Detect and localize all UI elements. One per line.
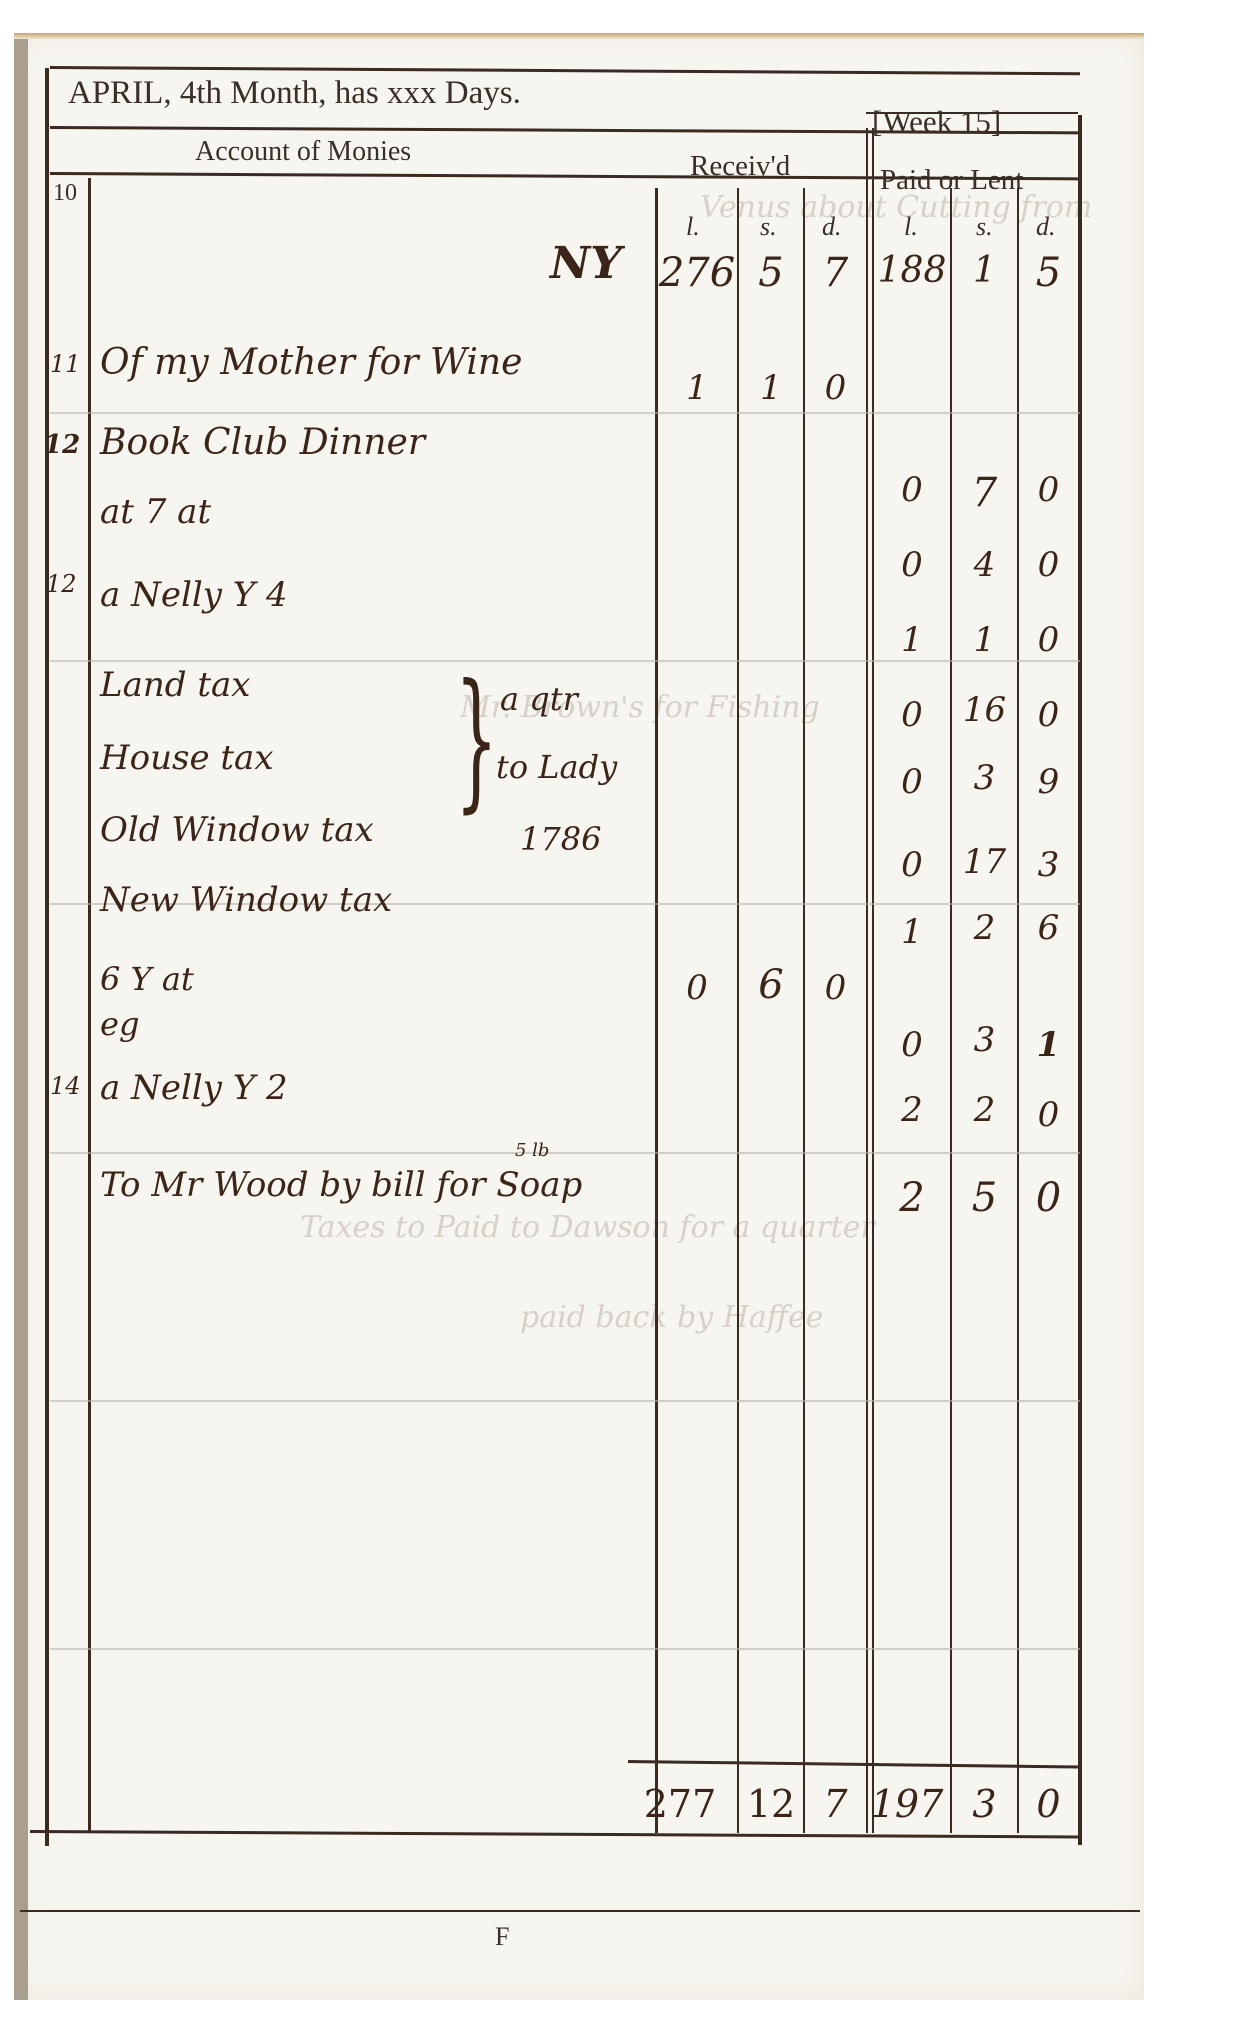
entry-date: 14 — [50, 1072, 81, 1100]
paid-double-divider-b — [872, 128, 874, 1833]
received-s-divider — [737, 188, 739, 1833]
book-spine — [14, 33, 28, 2000]
entry-paid-pounds: 2 — [874, 1090, 950, 1130]
entry-paid-pence: 0 — [1019, 695, 1078, 735]
carried-paid-pounds: 188 — [874, 250, 950, 291]
entry-paid-pounds: 0 — [874, 762, 950, 802]
unit-paid-pounds: l. — [904, 212, 918, 242]
paid-double-divider-a — [866, 128, 868, 1833]
entry-text: 6 Y at — [100, 960, 194, 998]
account-of-monies-heading: Account of Monies — [195, 136, 411, 168]
entry-paid-shillings: 3 — [952, 1020, 1017, 1060]
entry-received-pence: 0 — [805, 368, 866, 408]
carried-paid-shillings: 1 — [952, 250, 1017, 291]
entry-received-shillings: 1 — [739, 368, 803, 408]
guide-rule — [50, 1648, 1080, 1650]
start-date: 10 — [53, 180, 77, 207]
paid-or-lent-heading: Paid or Lent — [880, 164, 1023, 197]
bracket-note-line: a qtr — [500, 680, 578, 718]
total-received-shillings: 12 — [739, 1782, 803, 1826]
entry-paid-pence: 3 — [1019, 845, 1078, 885]
entry-paid-pounds: 0 — [874, 1025, 950, 1065]
week-label: [Week 15] — [872, 104, 1001, 140]
entry-text: eg — [100, 1005, 139, 1043]
received-l-divider — [655, 188, 658, 1833]
entry-text: a Nelly Y 4 — [100, 575, 288, 615]
guide-rule — [50, 1152, 1080, 1154]
entry-date: 12 — [44, 430, 80, 460]
entry-paid-shillings: 3 — [952, 758, 1017, 798]
entry-paid-pence: 0 — [1019, 545, 1078, 585]
carried-forward-label: NY — [550, 238, 622, 289]
entry-received-pounds: 1 — [657, 368, 737, 408]
entry-text: To Mr Wood by bill for Soap — [100, 1165, 582, 1205]
entry-paid-pence: 0 — [1019, 470, 1078, 510]
guide-rule — [50, 412, 1080, 414]
entry-paid-shillings: 16 — [952, 690, 1017, 730]
unit-paid-shillings: s. — [976, 212, 993, 242]
entry-text: Book Club Dinner — [100, 422, 425, 463]
paid-d-divider — [1017, 188, 1019, 1833]
entry-text: Old Window tax — [100, 810, 374, 850]
bracket-note-line: to Lady — [496, 748, 617, 786]
guide-rule — [50, 1400, 1080, 1402]
entry-text: Of my Mother for Wine — [100, 342, 522, 383]
entry-paid-pounds: 0 — [874, 470, 950, 510]
entry-date: 11 — [50, 350, 81, 378]
entry-paid-pence: 0 — [1019, 620, 1078, 660]
page-top-edge — [14, 33, 1144, 39]
carried-paid-pence: 5 — [1019, 250, 1078, 296]
entry-text: at 7 at — [100, 492, 211, 532]
entry-paid-pence: 0 — [1019, 1095, 1078, 1135]
entry-text: New Window tax — [100, 880, 392, 920]
received-d-divider — [803, 188, 805, 1833]
superscript-note: 5 lb — [515, 1140, 549, 1161]
entry-paid-pence: 6 — [1019, 908, 1078, 948]
entry-paid-shillings: 7 — [952, 470, 1017, 516]
entry-paid-shillings: 2 — [952, 908, 1017, 948]
total-paid-pence: 0 — [1019, 1782, 1078, 1826]
signature-mark: F — [495, 1922, 509, 1952]
entry-received-shillings: 6 — [739, 962, 803, 1008]
total-received-pounds: 277 — [620, 1782, 740, 1826]
bleed-through-text: paid back by Haffee — [520, 1300, 824, 1335]
entry-paid-shillings: 17 — [952, 842, 1017, 882]
carried-received-pounds: 276 — [657, 250, 737, 296]
entry-paid-pounds: 1 — [874, 912, 950, 952]
entry-paid-pounds: 0 — [874, 545, 950, 585]
received-heading: Receiv'd — [690, 150, 790, 183]
ledger-page — [14, 33, 1144, 2000]
entry-paid-shillings: 5 — [952, 1175, 1017, 1221]
unit-received-pounds: l. — [686, 212, 700, 242]
total-paid-shillings: 3 — [952, 1782, 1017, 1826]
brace-mark: } — [455, 665, 498, 815]
entry-paid-shillings: 4 — [952, 545, 1017, 585]
guide-rule — [50, 660, 1080, 662]
entry-received-pounds: 0 — [657, 968, 737, 1008]
entry-date: 12 — [46, 570, 77, 598]
month-title: APRIL, 4th Month, has xxx Days. — [68, 75, 521, 112]
entry-paid-pence: 1 — [1019, 1025, 1078, 1065]
entry-received-pence: 0 — [805, 968, 866, 1008]
bleed-through-text: Taxes to Paid to Dawson for a quarter — [300, 1210, 875, 1245]
frame-left-border — [45, 68, 49, 1846]
entry-paid-pounds: 0 — [874, 845, 950, 885]
frame-right-border — [1078, 115, 1082, 1845]
date-column-divider — [88, 178, 91, 1833]
unit-received-pence: d. — [822, 212, 842, 242]
entry-paid-pounds: 0 — [874, 695, 950, 735]
entry-text: Land tax — [100, 665, 250, 705]
entry-paid-pence: 0 — [1019, 1175, 1078, 1221]
entry-text: a Nelly Y 2 — [100, 1068, 288, 1108]
paid-s-divider — [950, 188, 952, 1833]
unit-received-shillings: s. — [760, 212, 777, 242]
unit-paid-pence: d. — [1036, 212, 1056, 242]
bracket-note-line: 1786 — [520, 820, 601, 858]
entry-paid-shillings: 2 — [952, 1090, 1017, 1130]
carried-received-shillings: 5 — [739, 250, 803, 296]
entry-paid-pence: 9 — [1019, 762, 1078, 802]
entry-paid-pounds: 1 — [874, 620, 950, 660]
page-foot-rule — [20, 1910, 1140, 1912]
total-paid-pounds: 197 — [852, 1782, 962, 1826]
entry-text: House tax — [100, 738, 274, 778]
entry-paid-shillings: 1 — [952, 620, 1017, 660]
carried-received-pence: 7 — [805, 250, 866, 296]
entry-paid-pounds: 2 — [874, 1175, 950, 1221]
